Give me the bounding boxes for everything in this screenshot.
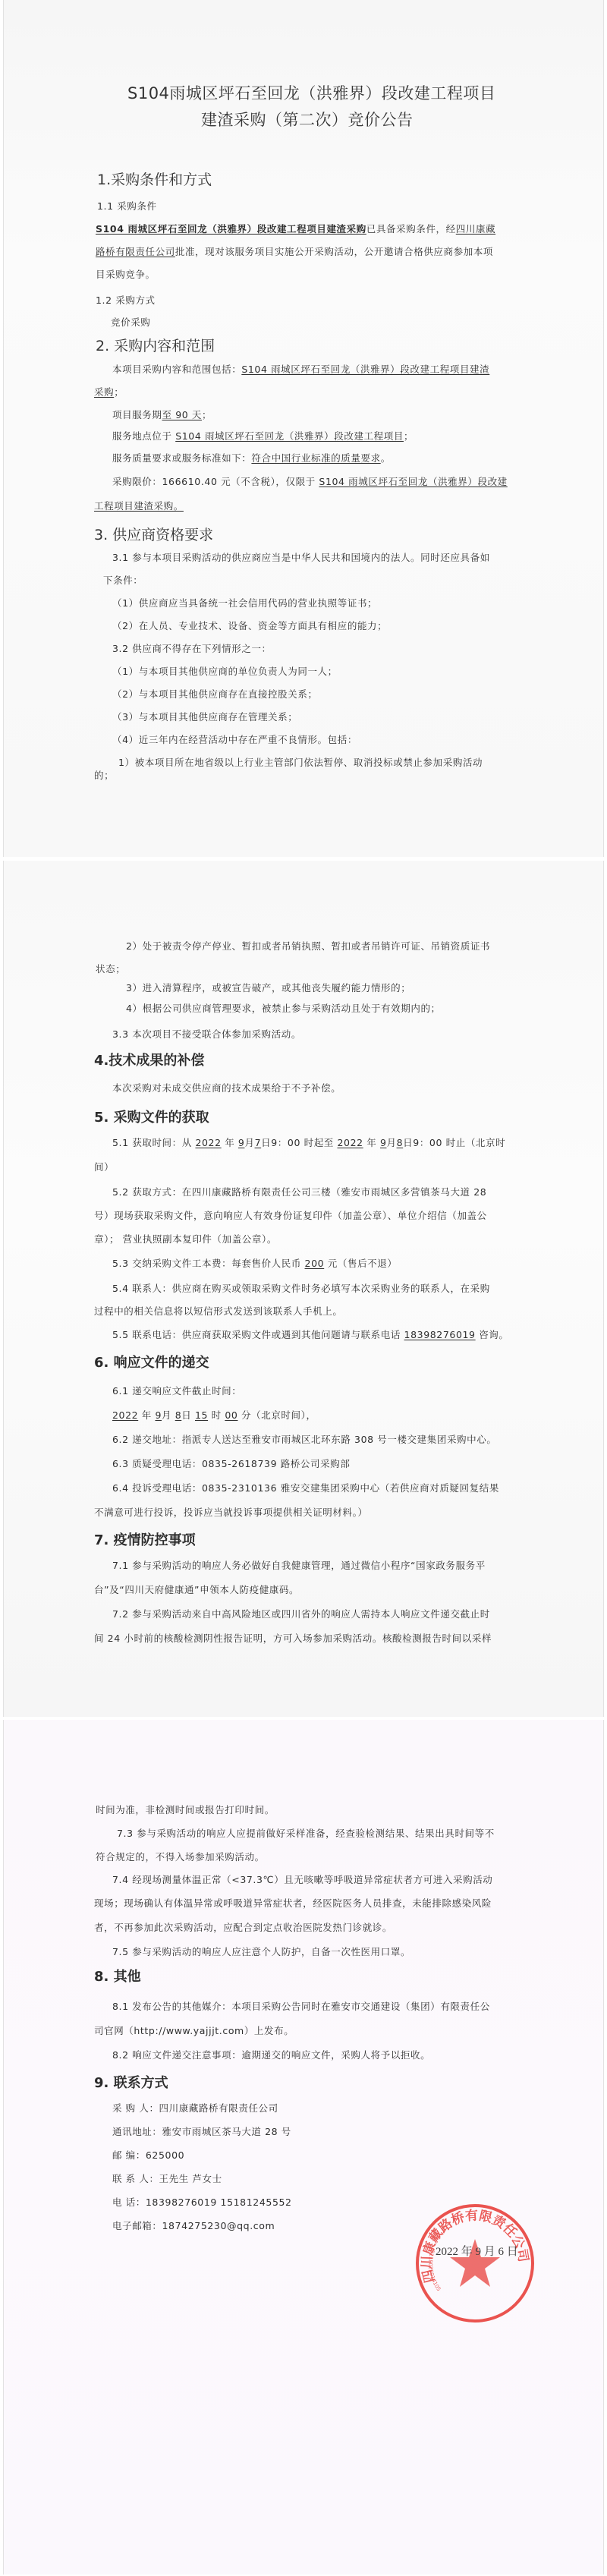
section-4-text: 本次采购对未成交供应商的技术成果给于不予补偿。 bbox=[112, 1081, 341, 1094]
contact-persons: 联 系 人：王先生 芦女士 bbox=[112, 2171, 222, 2185]
contact-postcode: 邮 编：625000 bbox=[112, 2148, 184, 2162]
section-1-1-paragraph-line3: 目采购竞争。 bbox=[96, 267, 156, 281]
section-6-2-text: 6.2 递交地址：指派专人送达至雅安市雨城区北环东路 308 号一楼交建集团采购… bbox=[112, 1432, 496, 1446]
exclusion-4-3: 3）进入清算程序，或被宣告破产，或其他丧失履约能力情形的； bbox=[126, 981, 410, 994]
start-time: 9：00 bbox=[271, 1137, 300, 1148]
end-time: 9：00 bbox=[413, 1137, 442, 1148]
limit-value: 工程项目建渣采购。 bbox=[94, 500, 184, 512]
section-4-heading: 4.技术成果的补偿 bbox=[94, 1050, 204, 1069]
deadline-day: 8 bbox=[175, 1409, 182, 1421]
procurement-method: 竞价采购 bbox=[111, 315, 150, 329]
section-1-heading: 1.采购条件和方式 bbox=[97, 168, 212, 189]
exclusion-4-1: 1）被本项目所在地省级以上行业主管部门依法暂停、取消投标或禁止参加采购活动 bbox=[118, 755, 483, 769]
text-span: 服务质量要求或服务标准如下： bbox=[112, 452, 251, 464]
section-5-2-text-line3: 章）； 营业执照副本复印件（加盖公章）。 bbox=[94, 1232, 277, 1245]
deadline-minute: 00 bbox=[225, 1409, 237, 1421]
document-title-line1: S104雨城区坪石至回龙（洪雅界）段改建工程项目 bbox=[127, 81, 495, 104]
section-5-4-text-line2: 过程中的相关信息将以短信形式发送到该联系人手机上。 bbox=[94, 1304, 343, 1318]
section-7-heading: 7. 疫情防控事项 bbox=[94, 1529, 196, 1549]
contact-email: 电子邮箱：1874275230@qq.com bbox=[112, 2219, 275, 2232]
exclusion-1: （1）与本项目其他供应商的单位负责人为同一人； bbox=[112, 664, 338, 678]
deadline-datetime: 2022 年 9月 8日 15 时 00 分（北京时间）， bbox=[112, 1408, 316, 1422]
end-day: 8 bbox=[397, 1137, 404, 1148]
service-period: 项目服务期至 90 天； bbox=[112, 408, 212, 421]
exclusion-4: （4）近三年内在经营活动中存在严重不良情形。包括： bbox=[112, 732, 357, 746]
section-5-1-text-line2: 间） bbox=[94, 1160, 114, 1173]
exclusion-3: （3）与本项目其他供应商存在管理关系； bbox=[112, 710, 297, 723]
exclusion-2: （2）与本项目其他供应商存在直接控股关系； bbox=[112, 687, 318, 701]
contact-phone-link: 18398276019 bbox=[404, 1329, 476, 1340]
deadline-year: 2022 bbox=[112, 1409, 138, 1421]
quality-value: 符合中国行业标准的质量要求 bbox=[251, 452, 380, 464]
fee-value: 200 bbox=[305, 1258, 325, 1269]
sign-date: 2022 年 9 月 6 日 bbox=[436, 2243, 518, 2259]
start-year: 2022 bbox=[195, 1137, 221, 1148]
section-5-1-text: 5.1 获取时间：从 2022 年 9月7日9：00 时起至 2022 年 9月… bbox=[112, 1135, 505, 1149]
limit-value: S104 雨城区坪石至回龙（洪雅界）段改建 bbox=[319, 476, 507, 487]
condition-2: （2）在人员、专业技术、设备、资金等方面具有相应的能力； bbox=[112, 619, 387, 632]
section-7-3-text-line2: 符合规定的，不得入场参加采购活动。 bbox=[96, 1850, 265, 1863]
text-span: 5.3 交纳采购文件工本费：每套售价人民币 bbox=[112, 1258, 305, 1269]
section-5-5-text: 5.5 联系电话：供应商获取采购文件或遇到其他问题请与联系电话 18398276… bbox=[112, 1327, 509, 1341]
start-month: 9 bbox=[238, 1137, 245, 1148]
condition-1: （1）供应商应当具备统一社会信用代码的营业执照等证书； bbox=[112, 596, 377, 609]
section-5-heading: 5. 采购文件的获取 bbox=[94, 1107, 209, 1126]
section-7-4-text: 7.4 经现场测量体温正常（<37.3℃）且无咳嗽等呼吸道异常症状者方可进入采购… bbox=[112, 1872, 492, 1886]
text-span: 项目服务期 bbox=[112, 409, 162, 420]
section-6-4-text: 6.4 投诉受理电话：0835-2310136 雅安交建集团采购中心（若供应商对… bbox=[112, 1481, 499, 1494]
scope-line-2: 采购； bbox=[94, 385, 124, 398]
section-8-2-text: 8.2 响应文件递交注意事项：逾期递交的响应文件，采购人将予以拒收。 bbox=[112, 2048, 430, 2061]
text-span: 咨询。 bbox=[476, 1329, 509, 1340]
contact-buyer: 采 购 人：四川康藏路桥有限责任公司 bbox=[112, 2101, 278, 2115]
price-limit: 采购限价：166610.40 元（不含税），仅限于 S104 雨城区坪石至回龙（… bbox=[112, 474, 508, 488]
section-7-3-text: 7.3 参与采购活动的响应人应提前做好采样准备，经查验检测结果、结果出具时间等不 bbox=[117, 1826, 495, 1840]
section-5-3-text: 5.3 交纳采购文件工本费：每套售价人民币 200 元（售后不退） bbox=[112, 1256, 397, 1270]
text-span: （北京时间）， bbox=[251, 1409, 316, 1421]
section-7-5-text: 7.5 参与采购活动的响应人应注意个人防护，自备一次性医用口罩。 bbox=[112, 1945, 410, 1958]
text-span: 已具备采购条件，经 bbox=[366, 223, 456, 235]
document-page-3 bbox=[3, 1720, 604, 2574]
price-limit-line2: 工程项目建渣采购。 bbox=[94, 499, 184, 512]
section-1-1-paragraph-line2: 路桥有限责任公司批准，现对该服务项目实施公开采购活动，公开邀请合格供应商参加本项 bbox=[96, 244, 493, 258]
section-1-2-heading: 1.2 采购方式 bbox=[96, 293, 156, 307]
text-span: 采购限价：166610.40 元（不含税），仅限于 bbox=[112, 476, 319, 487]
section-9-heading: 9. 联系方式 bbox=[94, 2072, 168, 2092]
section-6-3-text: 6.3 质疑受理电话：0835-2618739 路桥公司采购部 bbox=[112, 1456, 350, 1470]
text-span: 5.5 联系电话：供应商获取采购文件或遇到其他问题请与联系电话 bbox=[112, 1329, 404, 1340]
period-value: 至 90 天 bbox=[162, 409, 202, 420]
project-name: S104 雨城区坪石至回龙（洪雅界）段改建工程项目建渣采购 bbox=[96, 223, 366, 235]
text-span: 元（售后不退） bbox=[324, 1258, 397, 1269]
section-3-heading: 3. 供应商资格要求 bbox=[94, 524, 213, 544]
section-7-2-text-line2: 间 24 小时前的核酸检测阴性报告证明，方可入场参加采购活动。核酸检测报告时间以… bbox=[94, 1631, 492, 1645]
end-month: 9 bbox=[380, 1137, 387, 1148]
location-value: S104 雨城区坪石至回龙（洪雅界）段改建工程项目 bbox=[175, 430, 404, 442]
section-6-heading: 6. 响应文件的递交 bbox=[94, 1352, 209, 1371]
contact-address: 通讯地址：雅安市雨城区茶马大道 28 号 bbox=[112, 2124, 291, 2138]
company-name: 四川康藏 bbox=[456, 223, 495, 235]
service-location: 服务地点位于 S104 雨城区坪石至回龙（洪雅界）段改建工程项目； bbox=[112, 429, 414, 442]
section-7-1-text-line2: 台”及“四川天府健康通”申领本人防疫健康码。 bbox=[94, 1582, 299, 1596]
section-7-1-text: 7.1 参与采购活动的响应人务必做好自我健康管理，通过微信小程序“国家政务服务平 bbox=[112, 1558, 486, 1572]
scope-value: S104 雨城区坪石至回龙（洪雅界）段改建工程项目建渣 bbox=[241, 364, 489, 375]
section-3-1-text-line2: 下条件： bbox=[103, 573, 143, 587]
text-span: 。 bbox=[381, 452, 391, 464]
section-6-1-text: 6.1 递交响应文件截止时间： bbox=[112, 1384, 241, 1397]
section-5-4-text: 5.4 联系人：供应商在购买或领取采购文件时务必填写本次采购业务的联系人，在采购 bbox=[112, 1281, 490, 1295]
exclusion-4-4: 4）根据公司供应商管理要求，被禁止参与采购活动且处于有效期内的； bbox=[126, 1001, 441, 1015]
section-3-2-text: 3.2 供应商不得存在下列情形之一： bbox=[112, 641, 272, 655]
document-title-line2: 建渣采购（第二次）竞价公告 bbox=[201, 108, 414, 131]
text-span: ； bbox=[114, 386, 124, 398]
text-span: ； bbox=[404, 430, 414, 442]
section-8-1-text-line2: 司官网（http://www.yajjjt.com）上发布。 bbox=[94, 2023, 294, 2037]
section-7-4-text-line3: 者，不再参加此次采购活动，应配合到定点收治医院发热门诊就诊。 bbox=[94, 1920, 392, 1934]
section-1-1-paragraph: S104 雨城区坪石至回龙（洪雅界）段改建工程项目建渣采购已具备采购条件，经四川… bbox=[96, 222, 495, 235]
scope-value: 采购 bbox=[94, 386, 114, 398]
text-span: 本项目采购内容和范围包括： bbox=[112, 364, 241, 375]
section-7-2-text: 7.2 参与采购活动来自中高风险地区或四川省外的响应人需持本人响应文件递交截止时 bbox=[112, 1607, 490, 1620]
contact-phones: 电 话：18398276019 15181245552 bbox=[112, 2195, 292, 2209]
section-5-2-text: 5.2 获取方式：在四川康藏路桥有限责任公司三楼（雅安市雨城区多营镇茶马大道 2… bbox=[112, 1185, 486, 1198]
section-3-3-text: 3.3 本次项目不接受联合体参加采购活动。 bbox=[112, 1027, 301, 1041]
text-span: 5.1 获取时间：从 bbox=[112, 1137, 195, 1148]
exclusion-4-2-line2: 状态； bbox=[96, 962, 125, 975]
text-span: ； bbox=[202, 409, 212, 420]
exclusion-4-2: 2）处于被责令停产停业、暂扣或者吊销执照、暂扣或者吊销许可证、吊销资质证书 bbox=[126, 939, 490, 953]
section-8-1-text: 8.1 发布公告的其他媒介：本项目采购公告同时在雅安市交通建设（集团）有限责任公 bbox=[112, 1999, 490, 2013]
text-span: 批准，现对该服务项目实施公开采购活动，公开邀请合格供应商参加本项 bbox=[175, 246, 493, 257]
section-7-2-text-line3: 时间为准，非检测时间或报告打印时间。 bbox=[96, 1803, 275, 1816]
end-year: 2022 bbox=[337, 1137, 363, 1148]
scope-line: 本项目采购内容和范围包括：S104 雨城区坪石至回龙（洪雅界）段改建工程项目建渣 bbox=[112, 362, 489, 376]
text-span: 服务地点位于 bbox=[112, 430, 175, 442]
section-7-4-text-line2: 现场；现场确认有体温异常或呼吸道异常症状者，经医院医务人员排查，未能排除感染风险 bbox=[94, 1896, 492, 1910]
exclusion-4-1-line2: 的； bbox=[94, 768, 114, 782]
company-seal-icon: 四川康藏路桥有限责任公司 5118025014105 bbox=[414, 2203, 536, 2324]
start-day: 7 bbox=[255, 1137, 262, 1148]
section-6-4-text-line2: 不满意可进行投诉，投诉应当就投诉事项提供相关证明材料。） bbox=[94, 1505, 368, 1519]
section-3-1-text: 3.1 参与本项目采购活动的供应商应当是中华人民共和国境内的法人。同时还应具备如 bbox=[112, 550, 490, 564]
section-5-2-text-line2: 号）现场获取采购文件，意向响应人有效身份证复印件（加盖公章）、单位介绍信（加盖公 bbox=[94, 1208, 487, 1222]
company-name: 路桥有限责任公司 bbox=[96, 246, 175, 257]
section-1-1-heading: 1.1 采购条件 bbox=[97, 199, 157, 213]
deadline-hour: 15 bbox=[195, 1409, 208, 1421]
service-quality: 服务质量要求或服务标准如下：符合中国行业标准的质量要求。 bbox=[112, 451, 391, 464]
section-2-heading: 2. 采购内容和范围 bbox=[96, 335, 215, 355]
deadline-month: 9 bbox=[155, 1409, 162, 1421]
section-8-heading: 8. 其他 bbox=[94, 1966, 141, 1986]
